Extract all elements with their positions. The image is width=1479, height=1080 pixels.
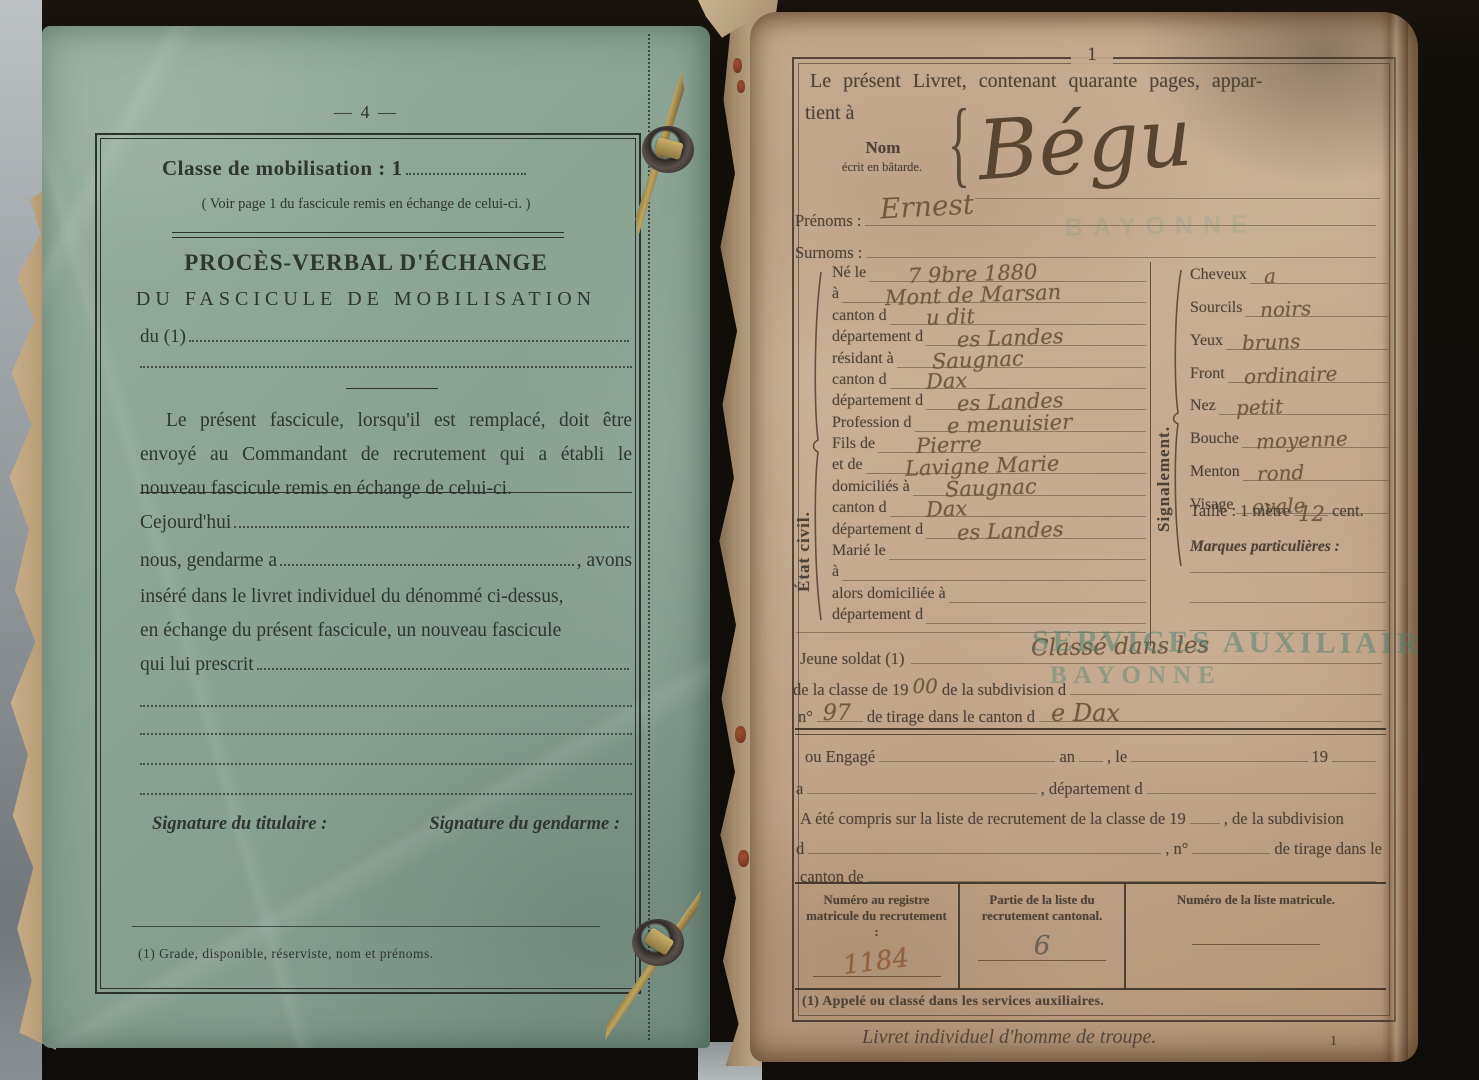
du-field: du (1) xyxy=(140,326,632,348)
field-line: es Landes xyxy=(926,325,1146,346)
etat-civil-row: alors domiciliée à xyxy=(832,583,1146,603)
classe-pre-label: de la classe de 19 xyxy=(793,680,908,700)
field-label: département d xyxy=(832,392,926,410)
echange-line: en échange du présent fascicule, un nouv… xyxy=(140,620,632,642)
departement-label: , département d xyxy=(1041,779,1143,799)
signalement-row: Yeuxbruns xyxy=(1190,330,1388,350)
field-line: a xyxy=(1250,263,1388,284)
engage-line-1: ou Engagé an , le 19 xyxy=(805,744,1380,767)
table-value-handwritten: 6 xyxy=(1034,934,1051,958)
table-column-header: Partie de la liste du recrutement canton… xyxy=(960,892,1124,924)
gendarme-label: nous, gendarme a xyxy=(140,550,277,572)
classe-label: Classe de mobilisation : 1 xyxy=(162,156,403,181)
blank-line xyxy=(1190,602,1386,603)
etat-civil-row: à xyxy=(832,561,1146,581)
field-line xyxy=(1079,744,1103,762)
field-label: Menton xyxy=(1190,463,1243,481)
surnoms-label: Surnoms : xyxy=(795,243,862,263)
nom-label: Nom xyxy=(838,138,928,158)
etat-civil-row: canton dDax xyxy=(832,369,1146,389)
field-line xyxy=(926,603,1146,624)
dotted-fill xyxy=(406,173,526,175)
gendarme-field: nous, gendarme a , avons xyxy=(140,550,632,572)
double-rule xyxy=(172,232,564,238)
table-value-line: 6 xyxy=(978,934,1106,961)
tirage-value-handwritten: e Dax xyxy=(1051,699,1120,727)
table-column: Numéro de la liste matricule. xyxy=(1124,884,1386,988)
etat-civil-row: Profession de menuisier xyxy=(832,412,1146,432)
nom-value-handwritten: Bégu xyxy=(975,93,1195,198)
etat-civil-rows: Né le7 9bre 1880àMont de Marsancanton du… xyxy=(832,262,1146,624)
left-page-number: — 4 — xyxy=(95,102,637,123)
field-label: département d xyxy=(832,521,926,539)
table-value-handwritten: 1184 xyxy=(842,946,911,978)
nom-underline xyxy=(975,198,1380,199)
field-line: Saugnac xyxy=(897,347,1146,368)
cejourdhui-label: Cejourd'hui xyxy=(140,512,231,534)
field-line: Pierre xyxy=(878,432,1146,453)
year-19-label: 19 xyxy=(1312,747,1329,767)
proces-verbal-title: PROCÈS-VERBAL D'ÉCHANGE xyxy=(95,250,637,276)
services-auxiliaires-stamp: SERVICES AUXILIAIRES xyxy=(1032,624,1418,661)
field-label: Marié le xyxy=(832,542,889,560)
blank-dotted-line xyxy=(140,732,632,735)
field-label: canton d xyxy=(832,499,890,517)
numero-label: n° xyxy=(798,707,813,727)
subdivision-text: , de la subdivision xyxy=(1224,809,1344,829)
field-line xyxy=(807,776,1036,794)
field-label: résidant à xyxy=(832,350,897,368)
field-line: Saugnac xyxy=(913,475,1146,496)
field-label: canton d xyxy=(832,371,890,389)
field-label: département d xyxy=(832,328,926,346)
field-label: domiciliés à xyxy=(832,478,913,496)
field-line xyxy=(949,582,1146,603)
column-divider-line xyxy=(1150,262,1151,646)
section-rule xyxy=(140,492,632,493)
du-label: du (1) xyxy=(140,326,186,348)
field-line xyxy=(889,539,1146,560)
tirage-text: de tirage dans le xyxy=(1274,839,1382,859)
taille-suffix: cent. xyxy=(1332,501,1364,521)
signalement-row: Frontordinaire xyxy=(1190,363,1388,383)
field-label: Cheveux xyxy=(1190,266,1250,284)
intro-line-1: Le présent Livret, contenant quarante pa… xyxy=(810,70,1375,93)
matricule-table: Numéro au registre matricule du recrutem… xyxy=(795,882,1386,990)
field-line: es Landes xyxy=(926,518,1146,539)
signalement-row: Bouchemoyenne xyxy=(1190,428,1388,448)
field-label: canton d xyxy=(832,307,890,325)
numero-tirage-field: n° 97 de tirage dans le canton d e Dax xyxy=(798,704,1386,727)
etat-civil-row: canton dDax xyxy=(832,497,1146,517)
field-line: es Landes xyxy=(926,389,1146,410)
stitch-mark xyxy=(737,80,745,93)
field-line: Lavigne Marie xyxy=(866,453,1146,474)
right-page-number-top: 1 xyxy=(792,44,1392,66)
intro-line-2: tient à xyxy=(805,102,854,125)
field-line xyxy=(842,560,1146,581)
field-line: u dit xyxy=(890,304,1146,325)
left-page-green: — 4 — Classe de mobilisation : 1 ( Voir … xyxy=(42,26,710,1048)
field-label: à xyxy=(832,285,842,303)
field-value-handwritten: bruns xyxy=(1242,329,1301,355)
table-column: Partie de la liste du recrutement canton… xyxy=(958,884,1124,988)
signalement-brace xyxy=(1170,268,1184,568)
field-label: département d xyxy=(832,606,926,624)
field-label: Nez xyxy=(1190,397,1219,415)
etat-civil-row: canton du dit xyxy=(832,305,1146,325)
field-label: Bouche xyxy=(1190,430,1242,448)
field-line: rond xyxy=(1243,460,1388,481)
compris-text: A été compris sur la liste de recrutemen… xyxy=(800,809,1186,829)
signalement-row: Mentonrond xyxy=(1190,461,1388,481)
etat-civil-row: Marié le xyxy=(832,540,1146,560)
compris-line: A été compris sur la liste de recrutemen… xyxy=(800,806,1382,829)
avons-label: , avons xyxy=(577,550,632,572)
dotted-fill xyxy=(257,668,629,670)
field-value-handwritten: a xyxy=(1263,264,1276,288)
field-label: Yeux xyxy=(1190,332,1226,350)
etat-civil-row: àMont de Marsan xyxy=(832,283,1146,303)
subdivision-label: de la subdivision d xyxy=(942,680,1066,700)
insere-line: inséré dans le livret individuel du déno… xyxy=(140,586,632,608)
engage-line-2: a , département d xyxy=(796,776,1380,799)
field-line: 7 9bre 1880 xyxy=(869,261,1146,282)
field-line xyxy=(866,240,1376,258)
taille-label: Taille : 1 mètre xyxy=(1190,501,1290,521)
field-label: à xyxy=(832,563,842,581)
field-value-handwritten: noirs xyxy=(1259,296,1311,322)
signalement-row: Sourcilsnoirs xyxy=(1190,297,1388,317)
field-value-handwritten: ordinaire xyxy=(1243,361,1337,388)
field-line xyxy=(1190,806,1220,824)
right-page-number-bottom: 1 xyxy=(1330,1034,1337,1050)
field-line: noirs xyxy=(1245,296,1388,317)
signalement-row: Cheveuxa xyxy=(1190,264,1388,284)
taille-field: Taille : 1 mètre 12 cent. xyxy=(1190,498,1388,521)
engage-label: ou Engagé xyxy=(805,747,875,767)
table-column-header: Numéro de la liste matricule. xyxy=(1126,892,1386,908)
d-label: d xyxy=(796,839,804,859)
prescrit-field: qui lui prescrit xyxy=(140,654,632,676)
prescrit-label: qui lui prescrit xyxy=(140,654,254,676)
surnoms-field: Surnoms : xyxy=(795,240,1380,263)
tirage-label: de tirage dans le canton d xyxy=(867,707,1035,727)
an-label: an xyxy=(1059,747,1075,767)
field-line: e menuisier xyxy=(915,411,1146,432)
stitch-mark xyxy=(738,850,749,867)
field-line xyxy=(1192,836,1270,854)
field-line xyxy=(1131,744,1307,762)
instruction-paragraph: Le présent fascicule, lorsqu'il est remp… xyxy=(140,404,632,506)
signalement-row: Nezpetit xyxy=(1190,395,1388,415)
field-value-handwritten: petit xyxy=(1235,395,1283,421)
signature-titulaire-label: Signature du titulaire : xyxy=(152,814,327,835)
blank-dotted-line xyxy=(140,792,632,795)
echange-text: en échange du présent fascicule, un nouv… xyxy=(140,620,561,642)
field-line: 97 xyxy=(817,704,863,722)
jeune-soldat-label: Jeune soldat (1) xyxy=(800,649,907,669)
signature-gendarme-label: Signature du gendarme : xyxy=(429,814,620,835)
field-label: Profession d xyxy=(832,414,915,432)
page-number-text: 1 xyxy=(1071,44,1113,65)
no-label: , n° xyxy=(1165,839,1188,859)
table-value-line: 1184 xyxy=(813,950,941,977)
dotted-fill xyxy=(280,564,574,566)
etat-civil-row: et deLavigne Marie xyxy=(832,454,1146,474)
taille-value-handwritten: 12 xyxy=(1298,502,1325,519)
d-numero-line: d , n° de tirage dans le xyxy=(796,836,1382,859)
field-line: e Dax xyxy=(1039,704,1382,722)
field-label: et de xyxy=(832,456,866,474)
field-line: petit xyxy=(1219,394,1388,415)
field-line xyxy=(1332,744,1376,762)
insere-text: inséré dans le livret individuel du déno… xyxy=(140,586,564,608)
right-footnote: (1) Appelé ou classé dans les services a… xyxy=(802,994,1104,1010)
etat-civil-row: département d xyxy=(832,604,1146,624)
fascicule-subtitle: DU FASCICULE DE MOBILISATION xyxy=(95,288,637,311)
etat-civil-row: département des Landes xyxy=(832,326,1146,346)
marques-particulieres-label: Marques particulières : xyxy=(1190,538,1340,556)
stitch-mark xyxy=(733,58,742,73)
booklet-caption: Livret individuel d'homme de troupe. xyxy=(862,1026,1156,1049)
bayonne-stamp: BAYONNE xyxy=(1050,662,1222,690)
etat-civil-row: résidant àSaugnac xyxy=(832,348,1146,368)
nom-brace: { xyxy=(948,87,970,198)
cejourdhui-field: Cejourd'hui xyxy=(140,512,632,534)
faint-stamp-ghost: BAYONNE xyxy=(1065,210,1258,242)
table-value-line xyxy=(1192,918,1320,945)
field-line: moyenne xyxy=(1242,427,1388,448)
stitch-mark xyxy=(735,726,746,743)
field-line: Mont de Marsan xyxy=(842,282,1146,303)
left-footnote: (1) Grade, disponible, réserviste, nom e… xyxy=(138,946,598,962)
blank-dotted-line xyxy=(140,704,632,707)
etat-civil-row: département des Landes xyxy=(832,390,1146,410)
footnote-rule xyxy=(132,926,600,927)
etat-civil-brace xyxy=(810,270,824,622)
dotted-fill xyxy=(189,340,629,342)
le-label: , le xyxy=(1107,747,1127,767)
signalement-rows: CheveuxaSourcilsnoirsYeuxbrunsFrontordin… xyxy=(1190,264,1388,514)
prenoms-label: Prénoms : xyxy=(795,211,861,231)
prenoms-value-handwritten: Ernest xyxy=(879,188,975,226)
signatures-row: Signature du titulaire : Signature du ge… xyxy=(140,814,632,835)
field-line: Dax xyxy=(890,496,1146,517)
classe-mobilisation-line: Classe de mobilisation : 1 xyxy=(162,156,572,181)
etat-civil-row: département des Landes xyxy=(832,519,1146,539)
table-column: Numéro au registre matricule du recrutem… xyxy=(795,884,958,988)
blank-dotted-line xyxy=(140,366,632,368)
blank-line xyxy=(1190,572,1386,573)
short-separator-rule xyxy=(346,388,438,389)
etat-civil-row: domiciliés àSaugnac xyxy=(832,476,1146,496)
field-label: Fils de xyxy=(832,435,878,453)
field-label: Front xyxy=(1190,365,1228,383)
numero-value-handwritten: 97 xyxy=(823,701,851,726)
nom-sublabel: écrit en bâtarde. xyxy=(812,160,952,175)
dotted-fill xyxy=(234,526,629,528)
field-line: Dax xyxy=(890,368,1146,389)
voir-note: ( Voir page 1 du fascicule remis en écha… xyxy=(95,196,637,213)
blank-dotted-line xyxy=(140,762,632,765)
field-value-handwritten: moyenne xyxy=(1256,427,1349,454)
right-page-tan: 1 Le présent Livret, contenant quarante … xyxy=(750,12,1418,1062)
field-line xyxy=(808,836,1161,854)
field-label: alors domiciliée à xyxy=(832,585,949,603)
field-label: Sourcils xyxy=(1190,299,1245,317)
scanned-booklet-spread: — 4 — Classe de mobilisation : 1 ( Voir … xyxy=(0,0,1479,1080)
etat-civil-row: Né le7 9bre 1880 xyxy=(832,262,1146,282)
field-line xyxy=(879,744,1055,762)
thick-section-rule xyxy=(795,728,1386,735)
field-line: bruns xyxy=(1226,329,1388,350)
field-line xyxy=(868,864,1376,882)
table-column-header: Numéro au registre matricule du recrutem… xyxy=(795,892,958,940)
etat-civil-row: Fils dePierre xyxy=(832,433,1146,453)
field-label: Né le xyxy=(832,264,869,282)
classe-value-handwritten: 00 xyxy=(908,674,941,698)
field-line: ordinaire xyxy=(1228,362,1388,383)
field-value-handwritten: rond xyxy=(1257,460,1305,486)
a-label: a xyxy=(796,779,803,799)
field-line xyxy=(1147,776,1376,794)
